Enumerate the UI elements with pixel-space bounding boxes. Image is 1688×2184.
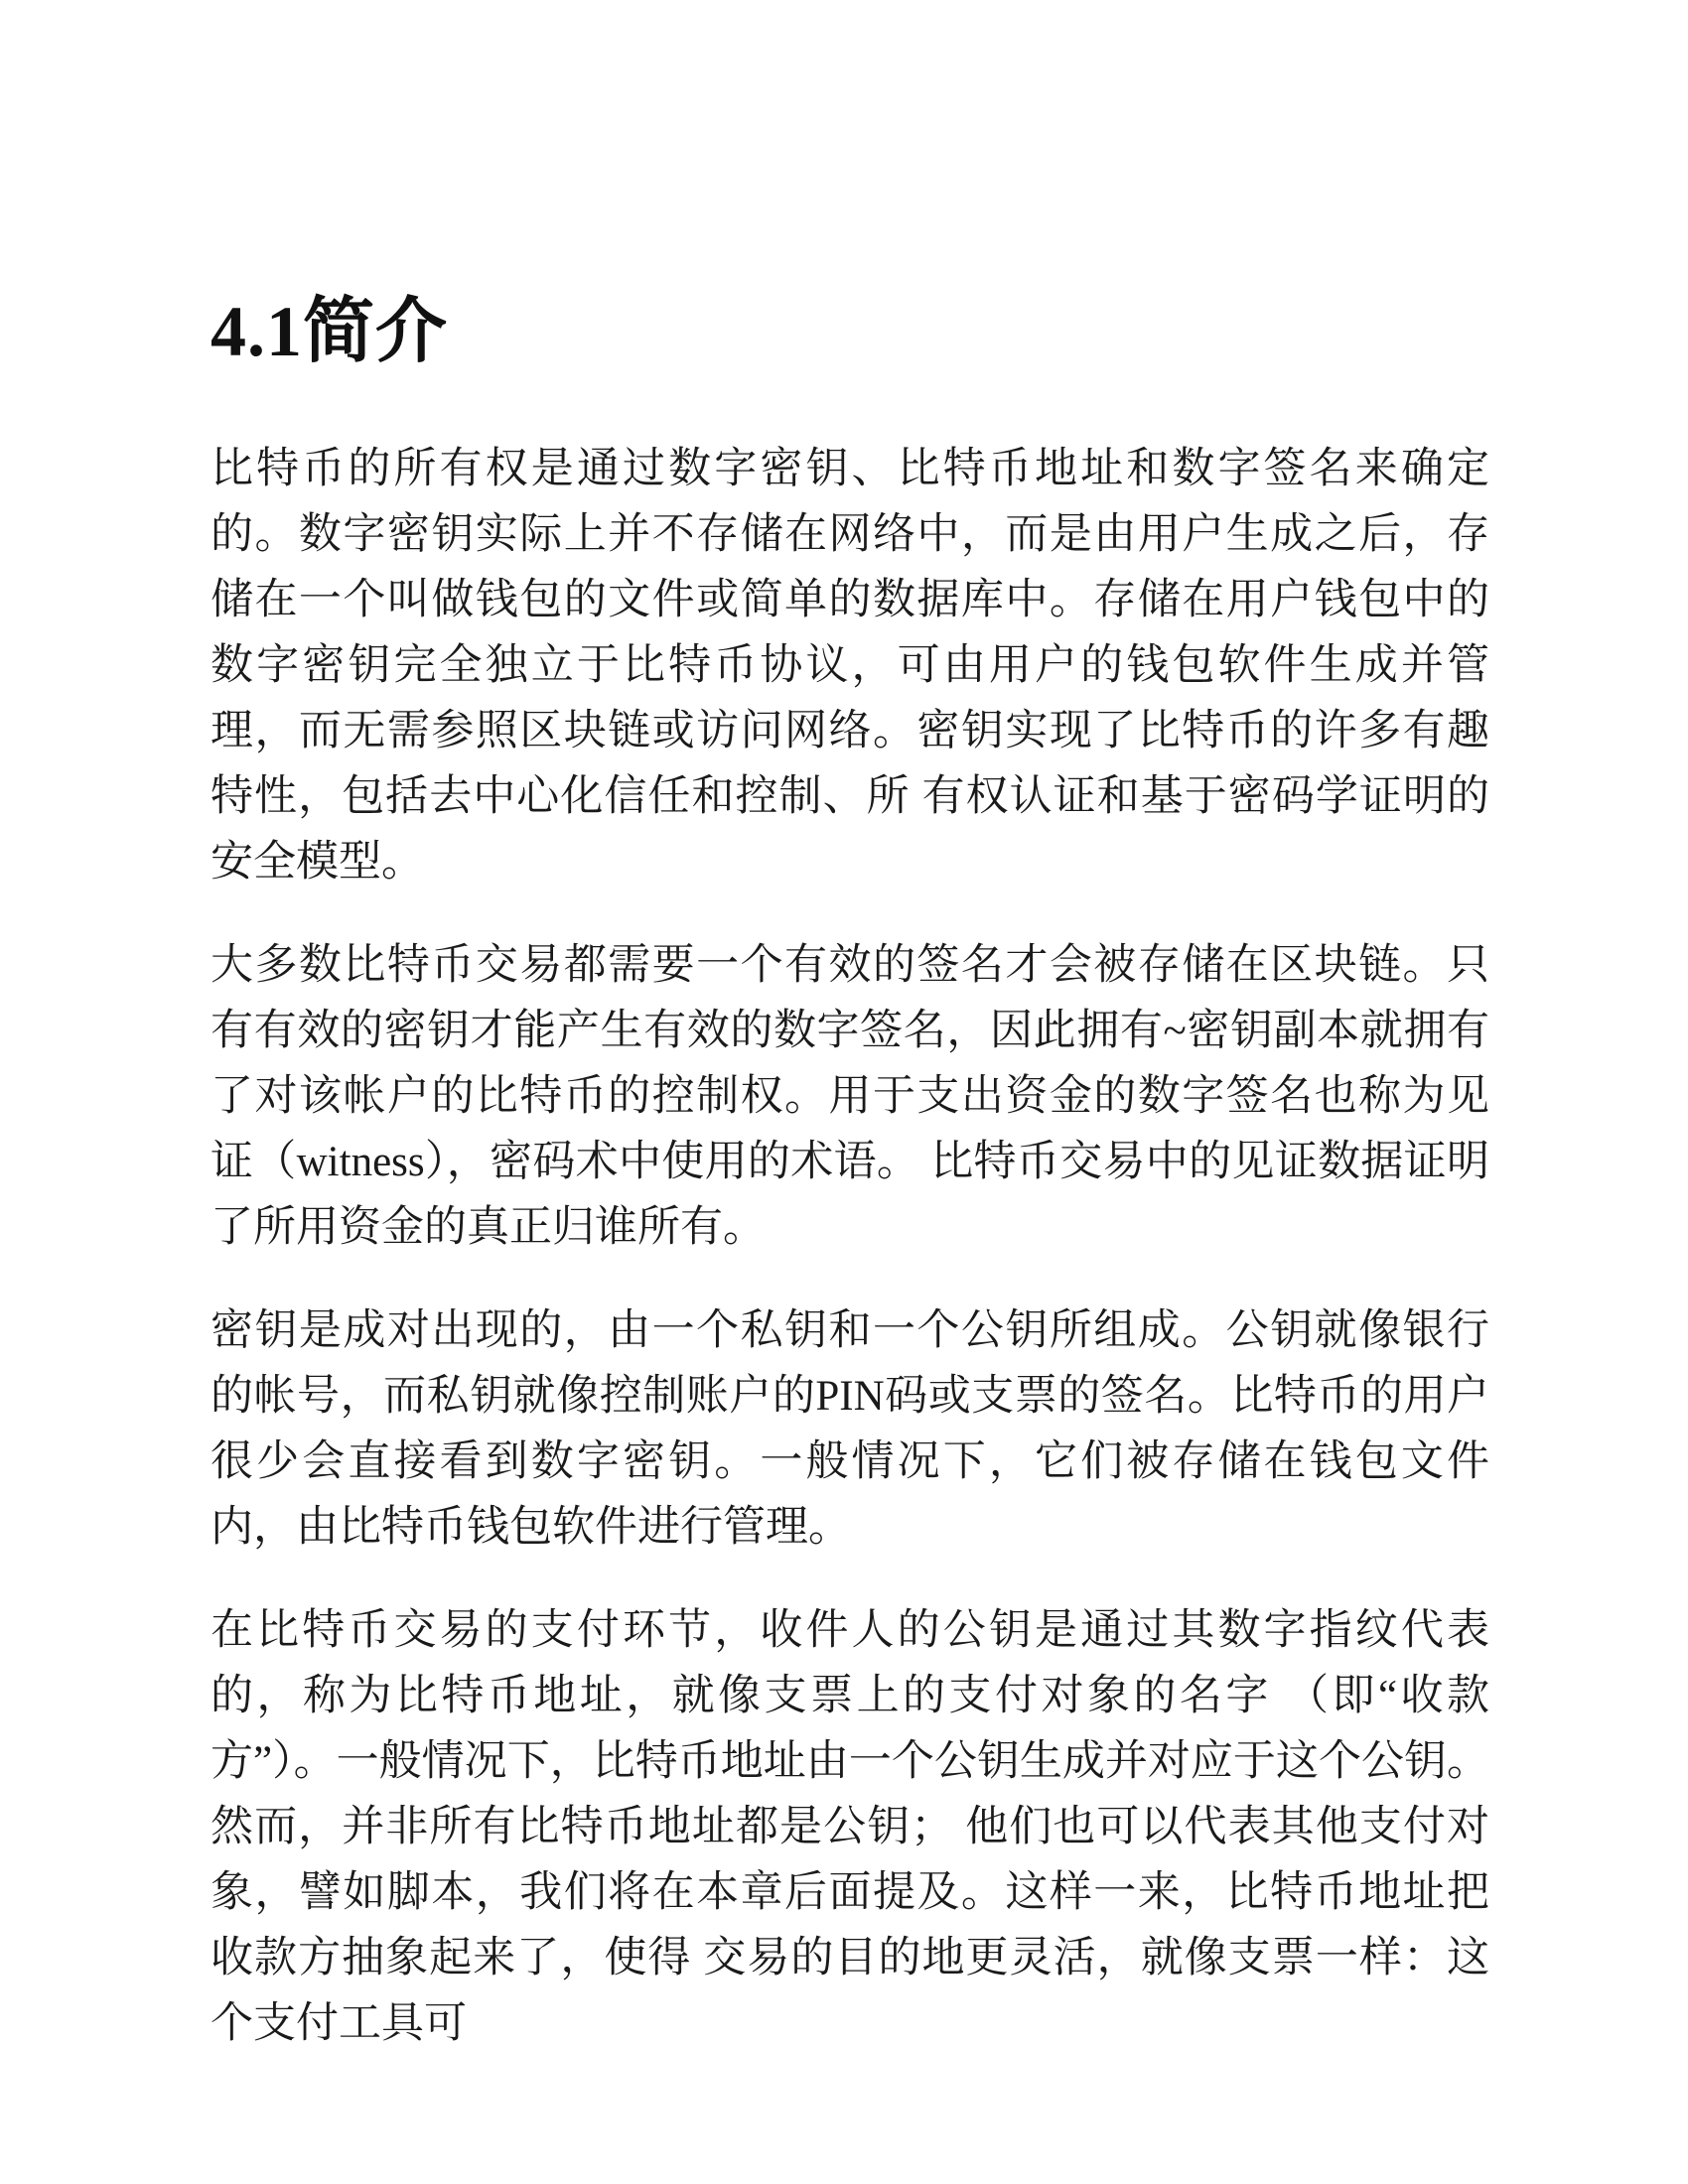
paragraph-signatures-witness: 大多数比特币交易都需要一个有效的签名才会被存储在区块链。只有有效的密钥才能产生有… — [211, 933, 1489, 1261]
paragraph-bitcoin-address: 在比特币交易的支付环节，收件人的公钥是通过其数字指纹代表的，称为比特币地址，就像… — [211, 1598, 1489, 2057]
document-page: 4.1简介 比特币的所有权是通过数字密钥、比特币地址和数字签名来确定的。数字密钥… — [0, 0, 1688, 2184]
section-heading: 4.1简介 — [211, 0, 1489, 377]
paragraph-keypairs: 密钥是成对出现的，由一个私钥和一个公钥所组成。公钥就像银行的帐号，而私钥就像控制… — [211, 1298, 1489, 1561]
paragraph-ownership-keys: 比特币的所有权是通过数字密钥、比特币地址和数字签名来确定的。数字密钥实际上并不存… — [211, 437, 1489, 895]
text-column: 4.1简介 比特币的所有权是通过数字密钥、比特币地址和数字签名来确定的。数字密钥… — [211, 0, 1489, 2095]
